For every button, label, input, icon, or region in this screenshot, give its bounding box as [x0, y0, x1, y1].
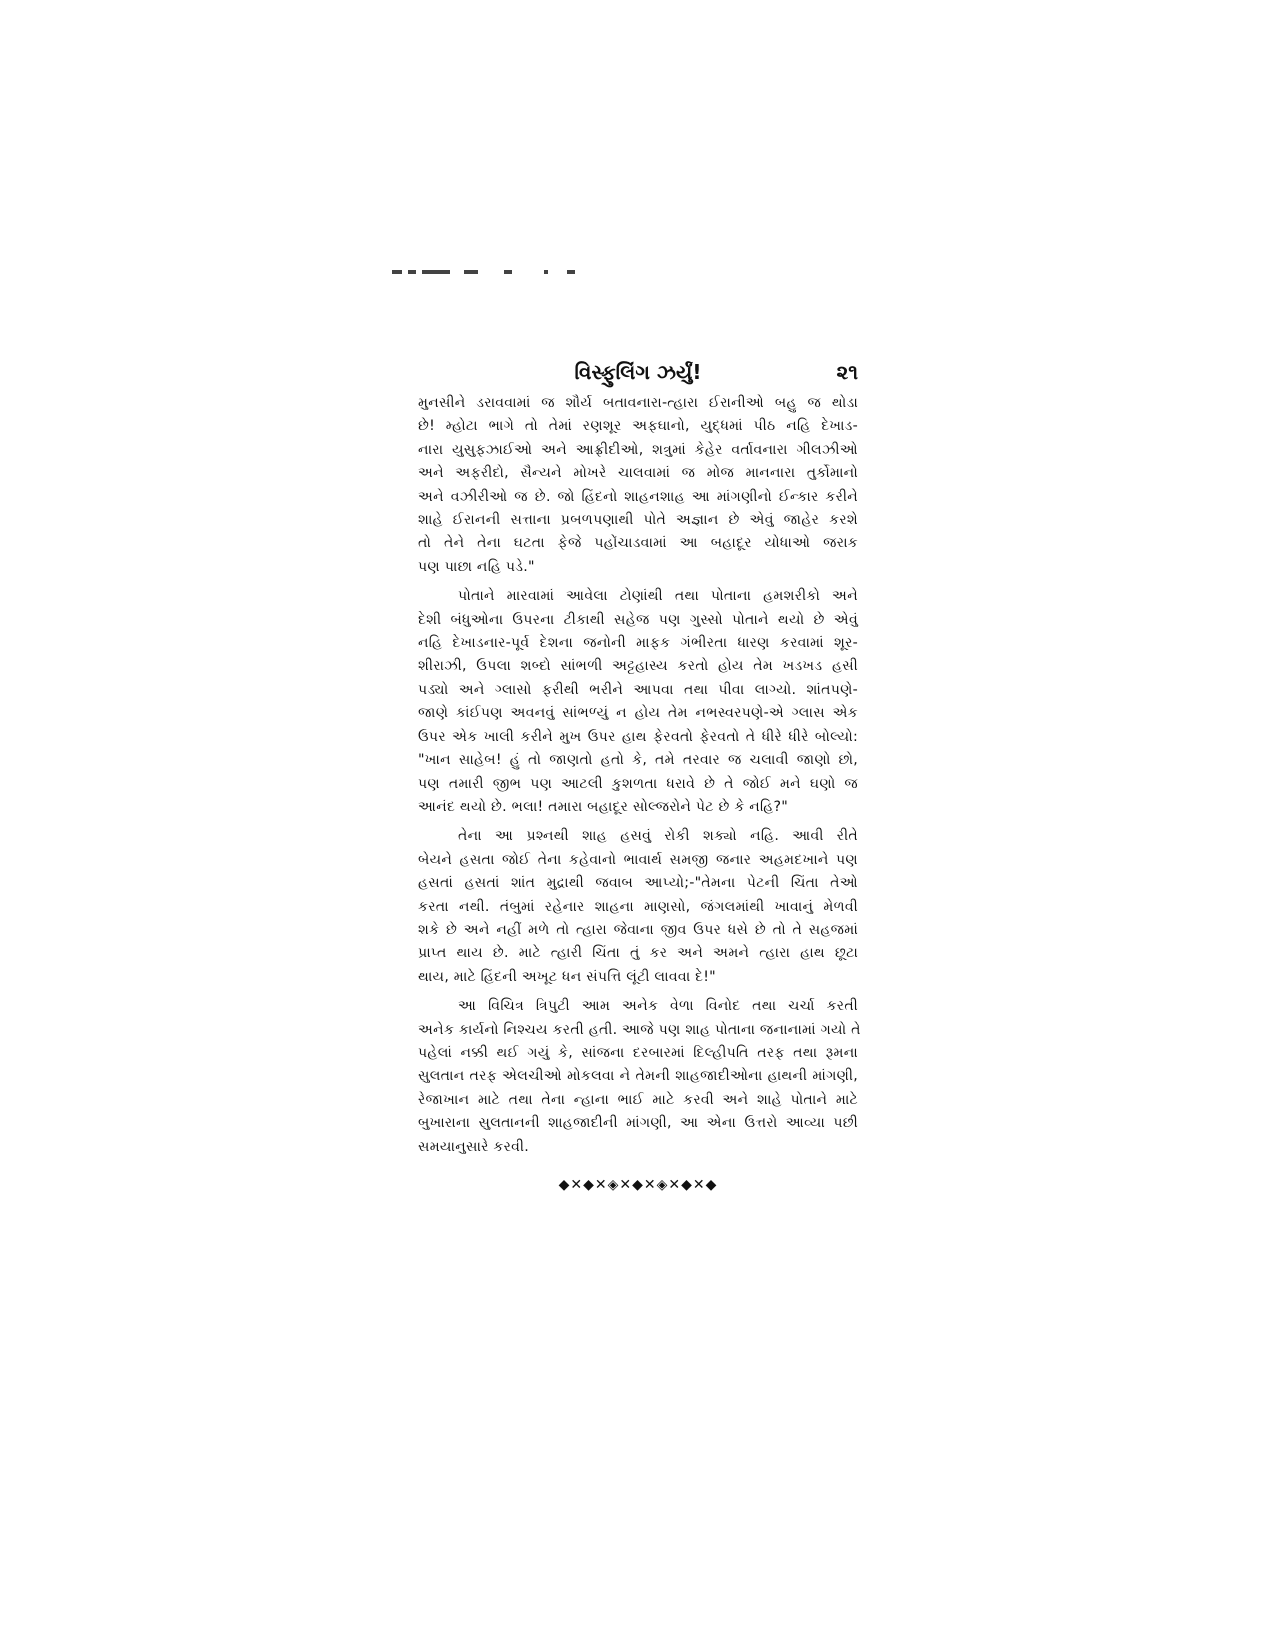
paragraph-3: તેના આ પ્રશ્નથી શાહ હસવું રોકી શક્યો નહિ…	[418, 825, 858, 989]
text-line: થાય, માટે હિંદની અખૂટ ધન સંપત્તિ લૂંટી લ…	[418, 966, 858, 989]
text-line: હસતાં હસતાં શાંત મુદ્રાથી જવાબ આપ્યો;-"ત…	[418, 872, 858, 895]
text-line: નારા યુસુફઝાઈઓ અને આફ્રીદીઓ, શત્રુમાં કે…	[418, 439, 858, 462]
text-line: આનંદ થયો છે. ભલા! તમારા બહાદૂર સોલ્જરોને…	[418, 796, 858, 819]
text-line: નહિ દેખાડનાર-પૂર્વ દેશના જનોની માફક ગંભી…	[418, 632, 858, 655]
text-line: સુલતાન તરફ એલચીઓ મોકલવા ને તેમની શાહજાદી…	[418, 1065, 858, 1088]
text-line: બેયને હસતા જોઈ તેના કહેવાનો ભાવાર્થ સમજી…	[418, 849, 858, 872]
text-line: છે! મ્હોટા ભાગે તો તેમાં રણશૂર અફઘાનો, ય…	[418, 415, 858, 438]
paragraph-2: પોતાને મારવામાં આવેલા ટોણાંથી તથા પોતાના…	[418, 585, 858, 819]
book-page: વિસ્ફુલિંગ ઝર્યું! ૨૧ મુનસીને ડરાવવામાં …	[418, 358, 858, 1193]
text-line: અનેક કાર્યનો નિશ્ચય કરતી હતી. આજે પણ શાહ…	[418, 1019, 858, 1042]
scan-artifact-line	[392, 270, 587, 274]
running-head: વિસ્ફુલિંગ ઝર્યું! ૨૧	[418, 358, 858, 392]
paragraph-1: મુનસીને ડરાવવામાં જ શૌર્ય બતાવનારા-ત્હાર…	[418, 392, 858, 579]
text-line: પોતાને મારવામાં આવેલા ટોણાંથી તથા પોતાના…	[418, 585, 858, 608]
text-line: પડ્યો અને ગ્લાસો ફરીથી ભરીને આપવા તથા પી…	[418, 679, 858, 702]
section-end-ornament-icon: ◆✕◆✕◈✕◆✕◈✕◆✕◆	[418, 1177, 858, 1193]
text-line: અને વઝીરીઓ જ છે. જો હિંદનો શાહનશાહ આ માં…	[418, 486, 858, 509]
text-line: કરતા નથી. તંબુમાં રહેનાર શાહના માણસો, જં…	[418, 896, 858, 919]
text-line: પણ પાછા નહિ પડે."	[418, 556, 858, 579]
text-line: અને અફરીદો, સૈન્યને મોખરે ચાલવામાં જ મોજ…	[418, 462, 858, 485]
text-line: શકે છે અને નહીં મળે તો ત્હારા જેવાના જીવ…	[418, 919, 858, 942]
text-line: તેના આ પ્રશ્નથી શાહ હસવું રોકી શક્યો નહિ…	[418, 825, 858, 848]
text-line: સમયાનુસારે કરવી.	[418, 1136, 858, 1159]
text-line: રેજાખાન માટે તથા તેના ન્હાના ભાઈ માટે કર…	[418, 1089, 858, 1112]
running-title: વિસ્ફુલિંગ ઝર્યું!	[418, 360, 858, 384]
paragraph-4: આ વિચિત્ર ત્રિપુટી આમ અનેક વેળા વિનોદ તથ…	[418, 995, 858, 1159]
text-line: મુનસીને ડરાવવામાં જ શૌર્ય બતાવનારા-ત્હાર…	[418, 392, 858, 415]
text-line: "ખાન સાહેબ! હું તો જાણતો હતો કે, તમે તરવ…	[418, 749, 858, 772]
text-line: તો તેને તેના ઘટતા ફેજે પહોંચાડવામાં આ બહ…	[418, 532, 858, 555]
text-line: શાહે ઈરાનની સત્તાના પ્રબળપણાથી પોતે અજ્ઞ…	[418, 509, 858, 532]
text-line: બુખારાના સુલતાનની શાહજાદીની માંગણી, આ એન…	[418, 1112, 858, 1135]
text-line: શીરાઝી, ઉપલા શબ્દો સાંભળી અટ્ટહાસ્ય કરતો…	[418, 655, 858, 678]
text-line: પ્રાપ્ત થાય છે. માટે ત્હારી ચિંતા તું કર…	[418, 942, 858, 965]
text-line: દેશી બંધુઓના ઉપરના ટીકાથી સહેજ પણ ગુસ્સો…	[418, 609, 858, 632]
text-line: પહેલાં નક્કી થઈ ગયું કે, સાંજના દરબારમાં…	[418, 1042, 858, 1065]
text-line: આ વિચિત્ર ત્રિપુટી આમ અનેક વેળા વિનોદ તથ…	[418, 995, 858, 1018]
text-line: પણ તમારી જીભ પણ આટલી કુશળતા ધરાવે છે તે …	[418, 773, 858, 796]
text-line: જાણે કાંઈપણ અવનવું સાંભળ્યું ન હોય તેમ ન…	[418, 702, 858, 725]
text-line: ઉપર એક ખાલી કરીને મુખ ઉપર હાથ ફેરવતો ફેર…	[418, 726, 858, 749]
page-number: ૨૧	[836, 360, 858, 384]
